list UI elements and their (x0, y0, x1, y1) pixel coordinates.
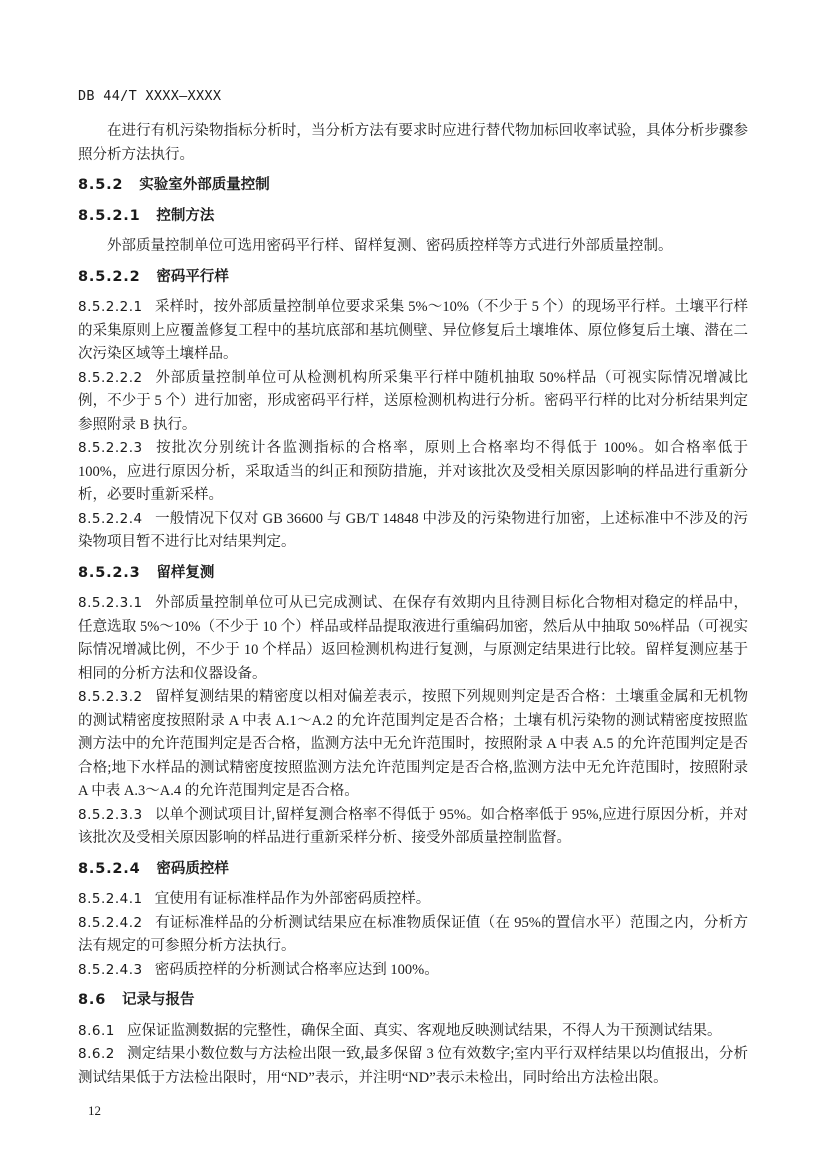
heading-number: 8.5.2.4 (78, 861, 140, 877)
heading-number: 8.5.2 (78, 177, 123, 193)
control-methods-paragraph: 外部质量控制单位可选用密码平行样、留样复测、密码质控样等方式进行外部质量控制。 (78, 235, 748, 259)
clause-8-6-2: 8.6.2测定结果小数位数与方法检出限一致,最多保留 3 位有效数字;室内平行双… (78, 1043, 748, 1090)
heading-number: 8.5.2.3 (78, 565, 140, 581)
page-number: 12 (78, 1103, 748, 1119)
clause-text: 一般情况下仅对 GB 36600 与 GB/T 14848 中涉及的污染物进行加… (78, 511, 748, 551)
clause-text: 外部质量控制单位可从已完成测试、在保存有效期内且待测目标化合物相对稳定的样品中，… (78, 595, 748, 682)
heading-8-5-2-2: 8.5.2.2密码平行样 (78, 266, 748, 290)
clause-number: 8.5.2.3.1 (78, 595, 143, 611)
clause-text: 密码质控样的分析测试合格率应达到 100%。 (155, 962, 439, 978)
clause-number: 8.5.2.2.1 (78, 299, 143, 315)
clause-number: 8.5.2.3.2 (78, 689, 143, 705)
clause-8-5-2-2-4: 8.5.2.2.4一般情况下仅对 GB 36600 与 GB/T 14848 中… (78, 508, 748, 555)
heading-number: 8.5.2.1 (78, 208, 140, 224)
heading-8-5-2-4: 8.5.2.4密码质控样 (78, 858, 748, 882)
clause-number: 8.6.2 (78, 1046, 115, 1062)
intro-paragraph: 在进行有机污染物指标分析时，当分析方法有要求时应进行替代物加标回收率试验，具体分… (78, 120, 748, 167)
clause-8-5-2-4-3: 8.5.2.4.3密码质控样的分析测试合格率应达到 100%。 (78, 959, 748, 983)
heading-title: 留样复测 (156, 565, 214, 581)
clause-text: 应保证监测数据的完整性，确保全面、真实、客观地反映测试结果，不得人为干预测试结果… (127, 1023, 722, 1039)
clause-8-5-2-2-2: 8.5.2.2.2外部质量控制单位可从检测机构所采集平行样中随机抽取 50%样品… (78, 367, 748, 438)
clause-text: 留样复测结果的精密度以相对偏差表示，按照下列规则判定是否合格：土壤重金属和无机物… (78, 689, 748, 799)
clause-number: 8.6.1 (78, 1023, 115, 1039)
clause-text: 有证标准样品的分析测试结果应在标准物质保证值（在 95%的置信水平）范围之内，分… (78, 915, 748, 955)
clause-text: 测定结果小数位数与方法检出限一致,最多保留 3 位有效数字;室内平行双样结果以均… (78, 1046, 748, 1086)
heading-title: 实验室外部质量控制 (139, 177, 270, 193)
clause-number: 8.5.2.4.3 (78, 962, 143, 978)
clause-text: 以单个测试项目计,留样复测合格率不得低于 95%。如合格率低于 95%,应进行原… (78, 807, 748, 847)
clause-8-5-2-4-2: 8.5.2.4.2有证标准样品的分析测试结果应在标准物质保证值（在 95%的置信… (78, 912, 748, 959)
clause-text: 按批次分别统计各监测指标的合格率，原则上合格率均不得低于 100%。如合格率低于… (78, 440, 748, 503)
clause-number: 8.5.2.3.3 (78, 807, 143, 823)
clause-number: 8.5.2.2.2 (78, 370, 143, 386)
document-page: DB 44/T XXXX—XXXX 在进行有机污染物指标分析时，当分析方法有要求… (0, 0, 826, 1169)
heading-title: 密码平行样 (156, 269, 229, 285)
clause-8-5-2-3-2: 8.5.2.3.2留样复测结果的精密度以相对偏差表示，按照下列规则判定是否合格：… (78, 686, 748, 804)
clause-8-5-2-4-1: 8.5.2.4.1宜使用有证标准样品作为外部密码质控样。 (78, 888, 748, 912)
heading-title: 控制方法 (156, 208, 214, 224)
heading-8-5-2-1: 8.5.2.1控制方法 (78, 205, 748, 229)
heading-number: 8.5.2.2 (78, 269, 140, 285)
clause-text: 宜使用有证标准样品作为外部密码质控样。 (155, 891, 431, 907)
heading-8-5-2-3: 8.5.2.3留样复测 (78, 562, 748, 586)
heading-title: 密码质控样 (156, 861, 229, 877)
standard-number-header: DB 44/T XXXX—XXXX (78, 88, 748, 104)
clause-8-6-1: 8.6.1应保证监测数据的完整性，确保全面、真实、客观地反映测试结果，不得人为干… (78, 1020, 748, 1044)
heading-title: 记录与报告 (122, 992, 195, 1008)
document-body: 在进行有机污染物指标分析时，当分析方法有要求时应进行替代物加标回收率试验，具体分… (78, 120, 748, 1090)
heading-8-5-2: 8.5.2实验室外部质量控制 (78, 174, 748, 198)
clause-8-5-2-3-1: 8.5.2.3.1外部质量控制单位可从已完成测试、在保存有效期内且待测目标化合物… (78, 592, 748, 686)
clause-number: 8.5.2.2.4 (78, 511, 143, 527)
clause-text: 采样时，按外部质量控制单位要求采集 5%～10%（不少于 5 个）的现场平行样。… (78, 299, 748, 362)
heading-number: 8.6 (78, 992, 106, 1008)
clause-number: 8.5.2.2.3 (78, 440, 143, 456)
clause-text: 外部质量控制单位可从检测机构所采集平行样中随机抽取 50%样品（可视实际情况增减… (78, 370, 748, 433)
clause-8-5-2-3-3: 8.5.2.3.3以单个测试项目计,留样复测合格率不得低于 95%。如合格率低于… (78, 804, 748, 851)
clause-8-5-2-2-3: 8.5.2.2.3按批次分别统计各监测指标的合格率，原则上合格率均不得低于 10… (78, 437, 748, 508)
clause-number: 8.5.2.4.2 (78, 915, 143, 931)
heading-8-6: 8.6记录与报告 (78, 989, 748, 1013)
clause-number: 8.5.2.4.1 (78, 891, 143, 907)
clause-8-5-2-2-1: 8.5.2.2.1采样时，按外部质量控制单位要求采集 5%～10%（不少于 5 … (78, 296, 748, 367)
